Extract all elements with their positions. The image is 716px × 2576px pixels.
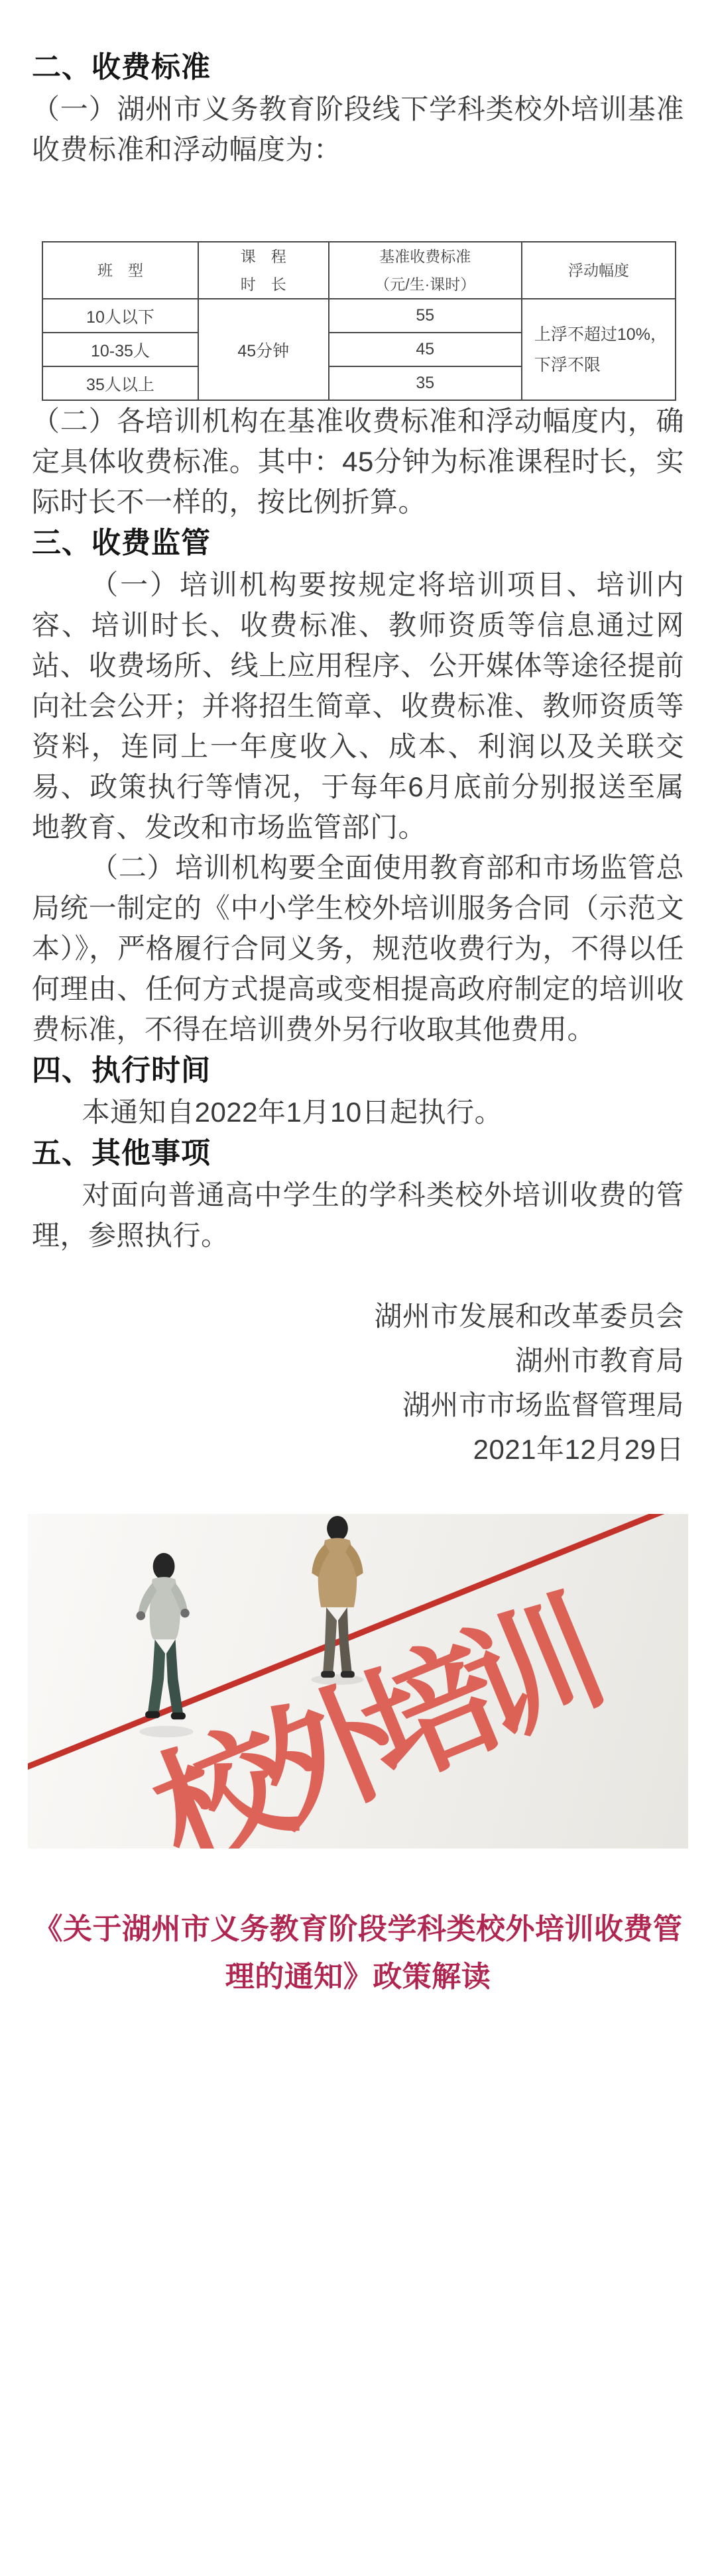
signature-market-supervision-bureau: 湖州市市场监督管理局 xyxy=(32,1383,684,1427)
header-float-range: 浮动幅度 xyxy=(522,242,676,299)
header-duration-line2: 时 长 xyxy=(199,270,328,298)
fee-table: 班 型 课 程 时 长 基准收费标准 （元/生·课时） 浮动幅度 10人以下 4… xyxy=(42,241,676,401)
header-benchmark-fee-line2: （元/生·课时） xyxy=(329,270,521,298)
paragraph-execution-time: 本通知自2022年1月10日起执行。 xyxy=(32,1092,684,1132)
signature-education-bureau: 湖州市教育局 xyxy=(32,1338,684,1383)
header-duration-line1: 课 程 xyxy=(199,242,328,270)
cell-class-type-2: 10-35人 xyxy=(42,333,198,366)
photo-offcampus-training: 校外培训 xyxy=(28,1514,688,1849)
cell-fee-3: 35 xyxy=(329,366,522,400)
issue-date: 2021年12月29日 xyxy=(32,1427,684,1472)
float-range-line2: 下浮不限 xyxy=(534,350,675,380)
fee-table-header-row: 班 型 课 程 时 长 基准收费标准 （元/生·课时） 浮动幅度 xyxy=(42,242,676,299)
cell-class-type-1: 10人以下 xyxy=(42,299,198,333)
cell-duration: 45分钟 xyxy=(198,299,329,400)
cell-fee-1: 55 xyxy=(329,299,522,333)
header-class-type-label: 班 型 xyxy=(97,262,143,279)
header-duration: 课 程 时 长 xyxy=(198,242,329,299)
signature-block: 湖州市发展和改革委员会 湖州市教育局 湖州市市场监督管理局 2021年12月29… xyxy=(32,1294,684,1472)
section-heading-fee-supervision: 三、收费监管 xyxy=(32,522,684,564)
header-benchmark-fee: 基准收费标准 （元/生·课时） xyxy=(329,242,522,299)
fee-table-wrapper: 班 型 课 程 时 长 基准收费标准 （元/生·课时） 浮动幅度 10人以下 4… xyxy=(42,241,676,401)
cell-fee-2: 45 xyxy=(329,333,522,366)
paragraph-other-matters: 对面向普通高中学生的学科类校外培训收费的管理，参照执行。 xyxy=(32,1175,684,1256)
footer-policy-link-title: 《关于湖州市义务教育阶段学科类校外培训收费管理的通知》政策解读 xyxy=(32,1905,684,2001)
figurine-left xyxy=(129,1551,202,1743)
paragraph-supervision-1: （一）培训机构要按规定将培训项目、培训内容、培训时长、收费标准、教师资质等信息通… xyxy=(32,564,684,847)
header-benchmark-fee-line1: 基准收费标准 xyxy=(329,242,521,270)
cell-float-range: 上浮不超过10%， 下浮不限 xyxy=(522,299,676,400)
cell-class-type-3: 35人以上 xyxy=(42,366,198,400)
notice-article: 二、收费标准 （一）湖州市义务教育阶段线下学科类校外培训基准收费标准和浮动幅度为… xyxy=(0,0,716,2001)
figurine-right xyxy=(300,1515,373,1686)
section-heading-other-matters: 五、其他事项 xyxy=(32,1132,684,1175)
section-heading-execution-time: 四、执行时间 xyxy=(32,1049,684,1092)
header-float-range-label: 浮动幅度 xyxy=(568,262,629,279)
section-heading-fee-standard: 二、收费标准 xyxy=(32,46,684,89)
table-row: 10人以下 45分钟 55 上浮不超过10%， 下浮不限 xyxy=(42,299,676,333)
paragraph-fee-standard-2: （二）各培训机构在基准收费标准和浮动幅度内，确定具体收费标准。其中：45分钟为标… xyxy=(32,401,684,522)
paragraph-fee-standard-1: （一）湖州市义务教育阶段线下学科类校外培训基准收费标准和浮动幅度为： xyxy=(32,89,684,170)
header-class-type: 班 型 xyxy=(42,242,198,299)
paragraph-supervision-2: （二）培训机构要全面使用教育部和市场监管总局统一制定的《中小学生校外培训服务合同… xyxy=(32,847,684,1049)
float-range-line1: 上浮不超过10%， xyxy=(534,319,675,350)
signature-development-reform-commission: 湖州市发展和改革委员会 xyxy=(32,1294,684,1338)
